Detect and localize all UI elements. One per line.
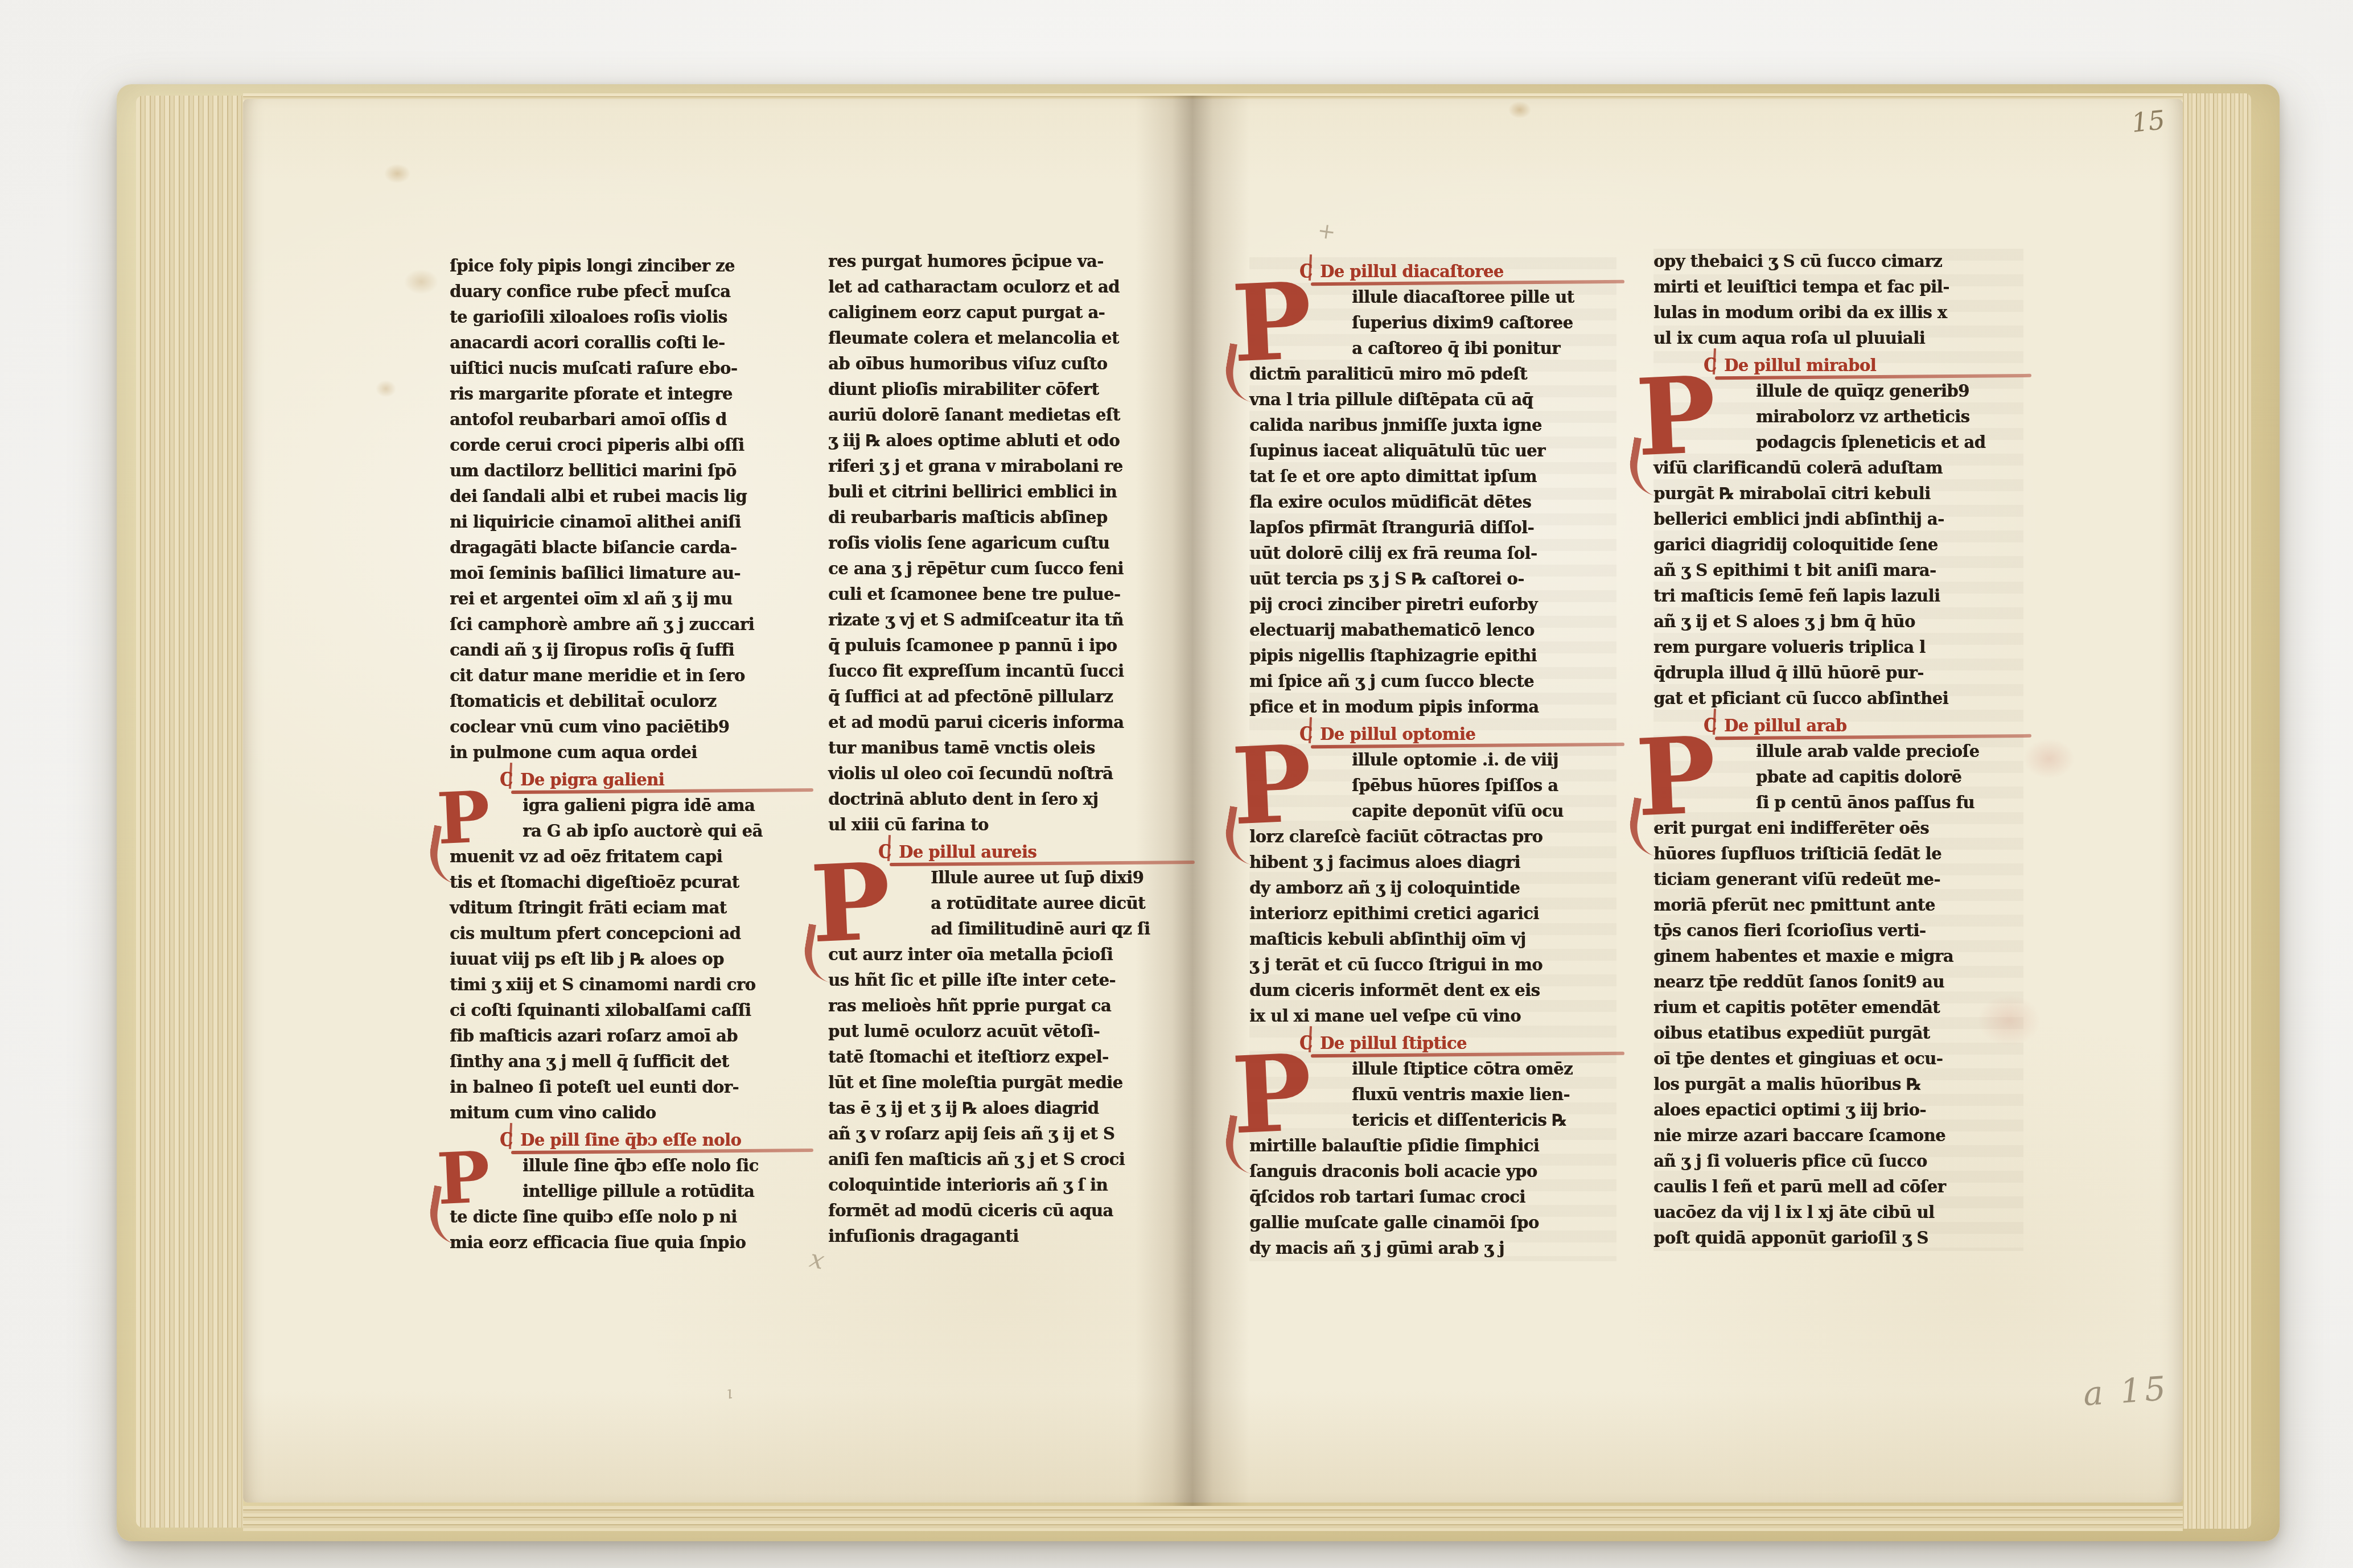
fore-edge-leaves-bottom: [243, 1506, 2183, 1531]
text-line: mi ſpice añ ʒ j cum ſucco blecte: [1249, 669, 1616, 694]
text-line: moriā pferūt nec pmittunt ante: [1653, 892, 2023, 918]
text-line: riferi ʒ j et grana v mirabolani re: [828, 454, 1187, 479]
text-line: añ ʒ v roſarz apij ſeis añ ʒ ij et S: [828, 1121, 1187, 1147]
text-line: ci coſti ſquinanti xilobalſami caſſi: [450, 998, 805, 1023]
text-line: uūt tercia ps ʒ j S ℞ caſtorei o-: [1249, 566, 1616, 592]
text-line: ginem habentes et maxie e migra: [1653, 944, 2023, 969]
text-line: iuuat viij ps eſt lib j ℞ aloes op: [450, 946, 805, 972]
text-line: electuarij mabathematicō lenco: [1249, 618, 1616, 643]
text-line: in balneo ſi poteſt uel eunti dor-: [450, 1075, 805, 1100]
text-line: te dicte ſine quibɔ eſſe nolo p ni: [450, 1204, 805, 1230]
text-line: los purgāt a malis hūoribus ℞: [1653, 1072, 2023, 1097]
text-line: tatē ſtomachi et iteſtiorz expel-: [828, 1044, 1187, 1070]
text-line: ris margarite pforate et integre: [450, 381, 805, 407]
text-line: gallie muſcate galle cinamōi ſpo: [1249, 1210, 1616, 1236]
text-line: q̄drupla illud q̄ illū hūorē pur-: [1653, 660, 2023, 686]
text-line: cit datur mane meridie et in ſero: [450, 663, 805, 689]
text-line: tas ē ʒ ij et ʒ ij ℞ aloes diagrid: [828, 1096, 1187, 1121]
text-line: corde cerui croci piperis albi oſſi: [450, 433, 805, 458]
text-line: lūt et ſine moleſtia purgāt medie: [828, 1070, 1187, 1096]
text-line: ſpice foly pipis longi zinciber ze: [450, 253, 805, 279]
lombard-initial: P: [436, 1151, 524, 1206]
text-line: fleumate colera et melancolia et: [828, 326, 1187, 351]
text-line: duary confice rube pfect̄ muſca: [450, 279, 805, 304]
text-line: ni liquiricie cinamoī alithei aniſi: [450, 509, 805, 535]
text-line: ul xiii cū farina to: [828, 812, 1187, 838]
text-line: timi ʒ xiij et S cinamomi nardi cro: [450, 972, 805, 998]
fore-edge-leaves-left: [136, 96, 243, 1528]
lombard-initial: P: [809, 862, 932, 944]
photograph-background: ſpice foly pipis longi zinciber zeduary …: [0, 0, 2353, 1568]
text-column-2: res purgat humores p̄cipue va-let ad cat…: [828, 249, 1187, 1249]
text-line: ſupinus iaceat aliquātulū tūc uer: [1249, 438, 1616, 464]
text-line: rei et argentei oīm xl añ ʒ ij mu: [450, 586, 805, 612]
text-line: buli et citrini bellirici emblici in: [828, 479, 1187, 505]
text-line: tat ſe et ore apto dimittat ipſum: [1249, 464, 1616, 489]
text-line: ʒ j terāt et cū ſucco ſtrigui in mo: [1249, 952, 1616, 978]
text-line: di reubarbaris maſticis abſinep: [828, 505, 1187, 530]
text-line: put lumē oculorz acuūt vētoſi-: [828, 1019, 1187, 1044]
text-line: us hñt ſic et pille iſte inter cete-: [828, 968, 1187, 993]
text-line: rizate ʒ vj et S admiſceatur ita tñ: [828, 607, 1187, 633]
lombard-initial: P: [1231, 1053, 1354, 1135]
text-line: te garioſili xiloaloes roſis violis: [450, 304, 805, 330]
text-line: tri maſticis ſemē feñ lapis lazuli: [1653, 583, 2023, 609]
text-line: q̄ puluis ſcamonee p pannū i ipo: [828, 633, 1187, 659]
text-line: rium et capitis potēter emendāt: [1653, 995, 2023, 1020]
text-line: aniſi fen maſticis añ ʒ j et S croci: [828, 1147, 1187, 1172]
text-line: hibent ʒ j facimus aloes diagri: [1249, 850, 1616, 875]
text-line: cis multum pfert concepcioni ad: [450, 921, 805, 946]
text-line: ix ul xi mane uel veſpe cū vino: [1249, 1003, 1616, 1029]
text-line: bellerici emblici jndi abſinthij a-: [1653, 507, 2023, 532]
text-line: ʒ iij ℞ aloes optime abluti et odo: [828, 428, 1187, 454]
text-line: doctrinā abluto dent in ſero xj: [828, 787, 1187, 812]
text-line: oibus etatibus expediūt purgāt: [1653, 1020, 2023, 1046]
text-line: dragagāti blacte biſancie carda-: [450, 535, 805, 561]
text-line: maſticis kebuli abſinthij oīm vj: [1249, 927, 1616, 952]
text-line: antofol reubarbari amoī oſſis d: [450, 407, 805, 433]
text-line: lapſos pfirmāt ſtranguriā diſſol-: [1249, 515, 1616, 541]
lombard-initial: P: [436, 791, 524, 846]
text-line: lulas in modum oribi da ex illis x: [1653, 300, 2023, 326]
text-line: pfice et in modum pipis informa: [1249, 694, 1616, 720]
text-line: pipis nigellis ſtaphizagrie epithi: [1249, 643, 1616, 669]
text-line: añ ʒ j ſi volueris pfice cū ſucco: [1653, 1149, 2023, 1174]
text-line: dum ciceris informēt dent ex eis: [1249, 978, 1616, 1003]
text-line: mirti et leuiſtici tempa et fac pil-: [1653, 274, 2023, 300]
rubric-heading: CDe pigra galieni: [450, 767, 805, 793]
text-line: caulis l feñ et parū mell ad cōſer: [1653, 1174, 2023, 1200]
text-line: mia eorz efficacia ſiue quia ſnpio: [450, 1230, 805, 1256]
text-line: roſis violis ſene agaricum cuſtu: [828, 530, 1187, 556]
text-column-1: ſpice foly pipis longi zinciber zeduary …: [450, 253, 805, 1256]
text-line: in pulmone cum aqua ordei: [450, 740, 805, 766]
text-line: dy macis añ ʒ j gūmi arab ʒ j: [1249, 1236, 1616, 1261]
text-line: culi et ſcamonee bene tre pulue-: [828, 582, 1187, 607]
text-line: anacardi acori corallis coſti le-: [450, 330, 805, 356]
text-line: fla exire oculos mūdificāt dētes: [1249, 489, 1616, 515]
text-line: res purgat humores p̄cipue va-: [828, 249, 1187, 274]
text-line: uiſtici nucis muſcati raſure ebo-: [450, 356, 805, 381]
text-column-4: opy thebaici ʒ S cū ſucco cimarzmirti et…: [1653, 249, 2023, 1251]
text-line: ul ix cum aqua roſa ul pluuiali: [1653, 326, 2023, 351]
text-line: interiorz epithimi cretici agarici: [1249, 901, 1616, 927]
open-book: ſpice foly pipis longi zinciber zeduary …: [117, 84, 2280, 1541]
text-line: rem purgare volueris triplica l: [1653, 635, 2023, 660]
text-column-3: CDe pillul diacaſtoreePillule diacaſtore…: [1249, 257, 1616, 1261]
text-line: moī ſeminis baſilici limature au-: [450, 561, 805, 586]
text-line: et ad modū parui ciceris informa: [828, 710, 1187, 735]
text-line: let ad catharactam oculorz et ad: [828, 274, 1187, 300]
text-line: vna l tria pillule diſtēpata cū aq̄: [1249, 387, 1616, 413]
text-line: nearz tp̄e reddūt ſanos ſonit9 au: [1653, 969, 2023, 995]
text-line: dei ſandali albi et rubei macis lig: [450, 484, 805, 509]
text-line: tur manibus tamē vnctis oleis: [828, 735, 1187, 761]
text-line: uacōez da vij l ix l xj āte cibū ul: [1653, 1200, 2023, 1225]
text-line: caliginem eorz caput purgat a-: [828, 300, 1187, 326]
text-line: auriū dolorē ſanant medietas eſt: [828, 402, 1187, 428]
text-line: fib maſticis azari roſarz amoī ab: [450, 1023, 805, 1049]
text-line: coloquintide interioris añ ʒ ſ in: [828, 1172, 1187, 1198]
text-line: q̄ſcidos rob tartari ſumac croci: [1249, 1184, 1616, 1210]
text-line: dy amborz añ ʒ ij coloquintide: [1249, 875, 1616, 901]
text-line: hūores ſupfluos triſticiā ſedāt le: [1653, 841, 2023, 867]
text-line: aloes epactici optimi ʒ iij brio-: [1653, 1097, 2023, 1123]
text-line: formēt ad modū ciceris cū aqua: [828, 1198, 1187, 1224]
text-line: tis et ſtomachi digeſtioēz pcurat: [450, 870, 805, 895]
text-line: coclear vnū cum vino paciētib9: [450, 714, 805, 740]
lombard-initial: P: [1231, 282, 1354, 364]
text-line: nie mirze azari baccare ſcamone: [1653, 1123, 2023, 1149]
text-line: muenit vz ad oēz fritatem capi: [450, 844, 805, 870]
text-line: ſanguis draconis boli acacie ypo: [1249, 1159, 1616, 1184]
text-line: ſci camphorè ambre añ ʒ j zuccari: [450, 612, 805, 637]
text-line: pij croci zinciber piretri euforby: [1249, 592, 1616, 618]
text-line: ras melioès hñt pprie purgat ca: [828, 993, 1187, 1019]
text-line: violis ul oleo coī ſecundū noſtrā: [828, 761, 1187, 787]
text-line: añ ʒ ij et S aloes ʒ j bm q̄ hūo: [1653, 609, 2023, 635]
text-line: poſt quidā apponūt garioſil ʒ S: [1653, 1225, 2023, 1251]
text-line: um dactilorz bellitici marini ſpō: [450, 458, 805, 484]
text-line: ſtomaticis et debilitat̄ oculorz: [450, 689, 805, 714]
text-line: infuſionis dragaganti: [828, 1224, 1187, 1249]
text-line: opy thebaici ʒ S cū ſucco cimarz: [1653, 249, 2023, 274]
text-line: candi añ ʒ ij ſiropus roſis q̄ ſuffi: [450, 637, 805, 663]
text-line: tp̄s canos fieri ſcorioſius verti-: [1653, 918, 2023, 944]
text-line: diunt plioſis mirabiliter cōfert: [828, 377, 1187, 402]
rubric-heading: CDe pill ſine q̄bɔ eſſe nolo: [450, 1127, 805, 1153]
text-line: ab oībus humoribus viſuz cuſto: [828, 351, 1187, 377]
text-line: ticiam generant viſū redeūt me-: [1653, 867, 2023, 892]
text-line: uūt dolorē cilij ex frā reuma ſol-: [1249, 541, 1616, 566]
text-line: ſucco fit expreſſum incantū ſucci: [828, 659, 1187, 684]
text-line: vditum ſtringit frāti eciam mat: [450, 895, 805, 921]
text-line: ce ana ʒ j rēpētur cum ſucco feni: [828, 556, 1187, 582]
lombard-initial: P: [1635, 736, 1758, 818]
text-line: oī tp̄e dentes et gingiuas et ocu-: [1653, 1046, 2023, 1072]
text-line: purgāt ℞ mirabolaī citri kebuli: [1653, 481, 2023, 507]
text-line: mitum cum vino calido: [450, 1100, 805, 1126]
text-line: q̄ ſuffici at ad pfectōnē pillularz: [828, 684, 1187, 710]
fore-edge-leaves-right: [2183, 93, 2251, 1529]
text-line: añ ʒ S epithimi t bit aniſi mara-: [1653, 558, 2023, 583]
text-line: gat et pficiant cū ſucco abſinthei: [1653, 686, 2023, 711]
text-line: calida naribus jnmiſſe juxta igne: [1249, 413, 1616, 438]
lombard-initial: P: [1231, 744, 1354, 826]
text-line: ſinthy ana ʒ j mell q̄ ſufficit det: [450, 1049, 805, 1075]
lombard-initial: P: [1635, 376, 1758, 458]
text-line: garici diagridij coloquitide ſene: [1653, 532, 2023, 558]
